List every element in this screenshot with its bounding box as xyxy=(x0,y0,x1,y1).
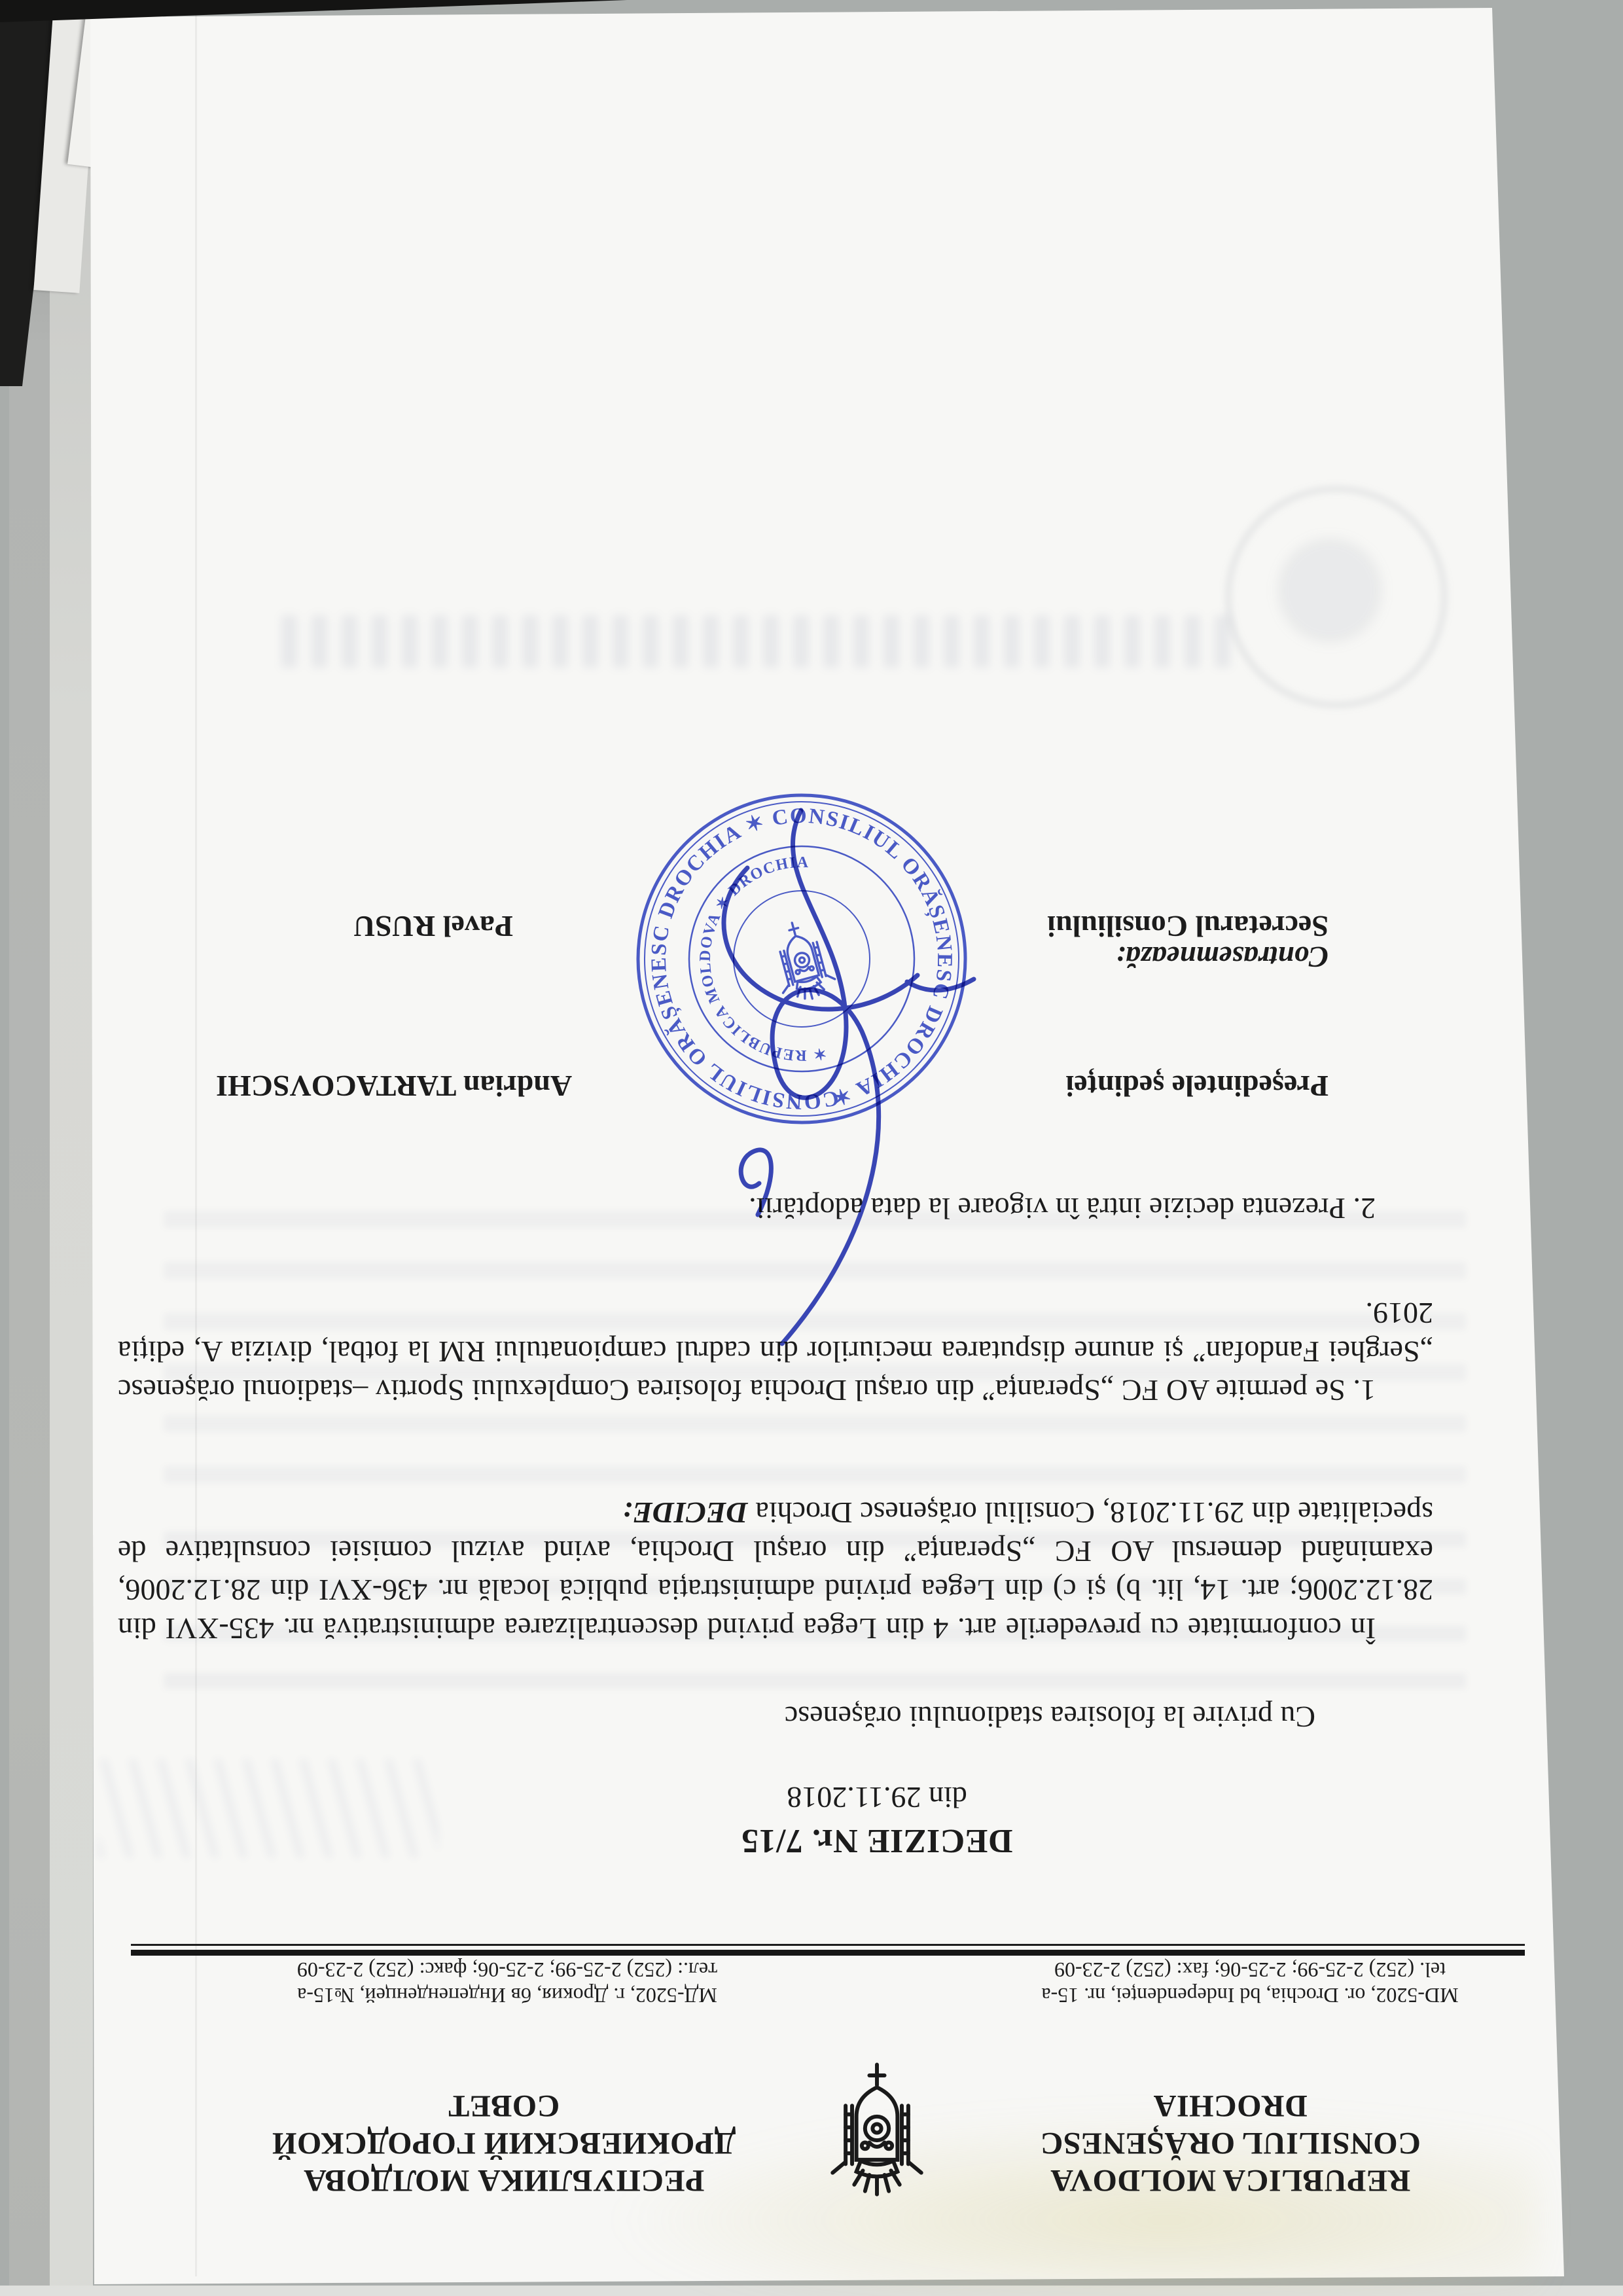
document-content-rotated-180: REPUBLICA MOLDOVA CONSILIUL ORĂȘENESC DR… xyxy=(0,0,1623,2296)
pen-signature-ink xyxy=(0,0,1623,2296)
